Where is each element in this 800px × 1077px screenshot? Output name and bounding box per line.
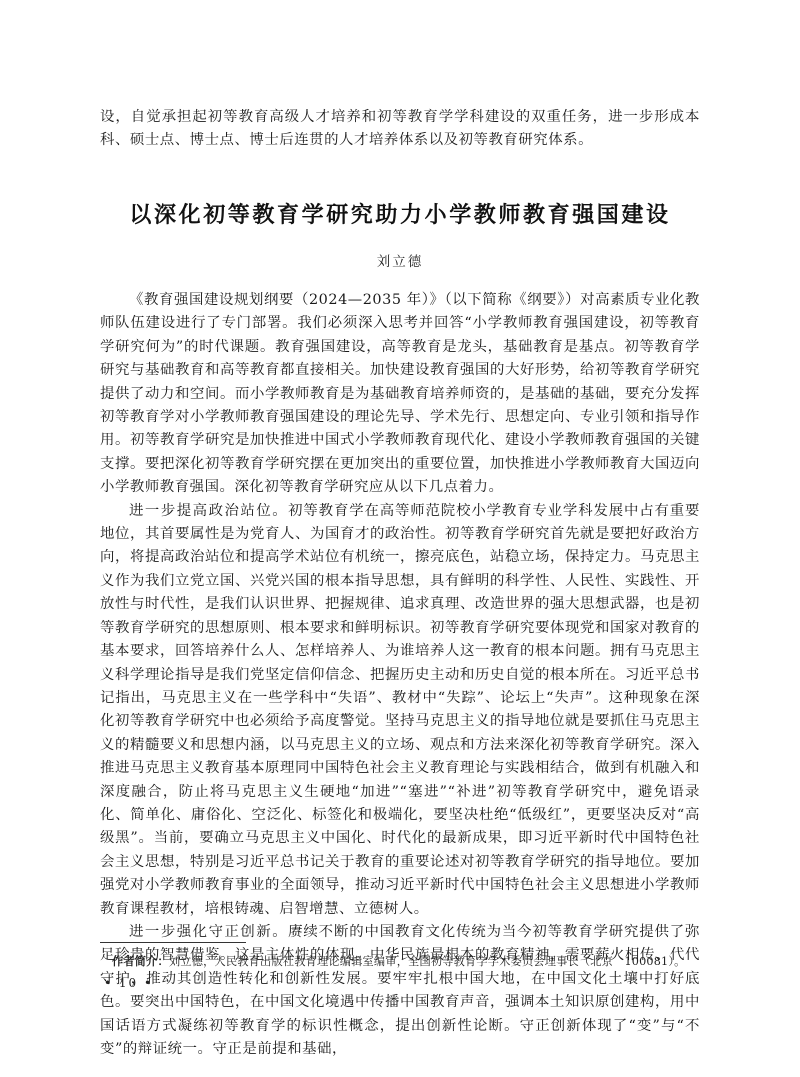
paragraph-lead: 进一步提高政治站位。 bbox=[129, 503, 288, 519]
paragraph-lead: 进一步强化守正创新。 bbox=[129, 924, 288, 940]
article-author: 刘立德 bbox=[100, 250, 700, 270]
paragraph-text: 初等教育学在高等师范院校小学教育专业学科发展中占有重要地位，其首要属性是为党育人… bbox=[100, 503, 700, 917]
footnote-divider bbox=[100, 942, 246, 943]
paragraph-text: 赓续不断的中国教育文化传统为当今初等教育学研究提供了弥足珍贵的智慧借鉴。这是主体… bbox=[100, 924, 700, 1057]
paragraph-text: 《教育强国建设规划纲要（2024—2035 年）》（以下简称《纲要》）对高素质专… bbox=[100, 292, 700, 495]
body-paragraph: 进一步提高政治站位。初等教育学在高等师范院校小学教育专业学科发展中占有重要地位，… bbox=[100, 500, 700, 921]
footnote-text: 刘立德，人民教育出版社教育理论编辑室编审，全国初等教育学学术委员会理事长（北京 … bbox=[169, 955, 686, 968]
author-footnote: 作者简介：刘立德，人民教育出版社教育理论编辑室编审，全国初等教育学学术委员会理事… bbox=[112, 953, 712, 969]
page-number: • 10 • bbox=[104, 976, 153, 990]
continuation-paragraph: 设，自觉承担起初等教育高级人才培养和初等教育学学科建设的双重任务，进一步形成本科… bbox=[100, 106, 700, 153]
article-body: 《教育强国建设规划纲要（2024—2035 年）》（以下简称《纲要》）对高素质专… bbox=[100, 289, 700, 1061]
footnote-label: 作者简介： bbox=[112, 955, 169, 968]
previous-article-ending: 设，自觉承担起初等教育高级人才培养和初等教育学学科建设的双重任务，进一步形成本科… bbox=[100, 106, 700, 153]
article-title: 以深化初等教育学研究助力小学教师教育强国建设 bbox=[100, 198, 700, 229]
body-paragraph: 《教育强国建设规划纲要（2024—2035 年）》（以下简称《纲要》）对高素质专… bbox=[100, 289, 700, 500]
